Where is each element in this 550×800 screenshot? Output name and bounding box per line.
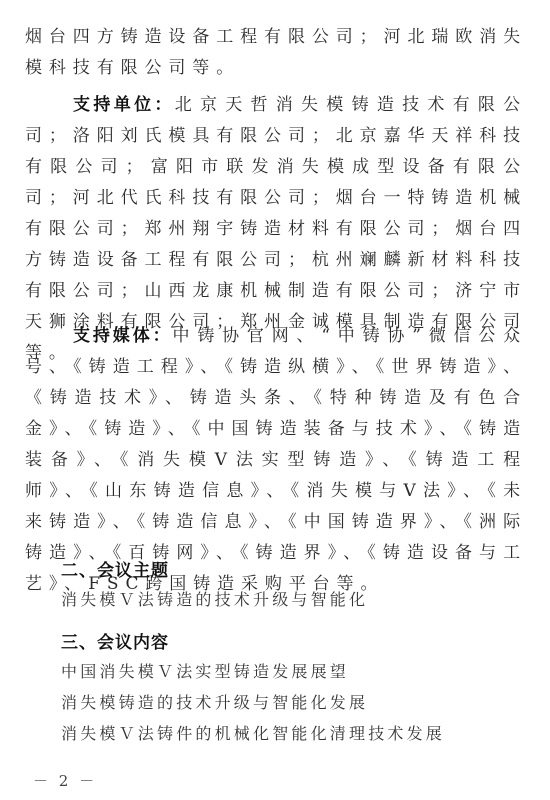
support-units-label: 支持单位： bbox=[73, 95, 175, 115]
support-media-text: 中铸协官网、“中铸协”微信公众号、《铸造工程》、《铸造纵横》、《世界铸造》、《铸… bbox=[25, 326, 527, 594]
section-heading-theme: 二、会议主题 bbox=[25, 556, 550, 586]
page-number: － 2 － bbox=[33, 770, 97, 791]
content-list-item: 中国消失模Ｖ法实型铸造发展展望 bbox=[25, 656, 527, 687]
organizers-continuation: 烟台四方铸造设备工程有限公司；河北瑞欧消失模科技有限公司等。 bbox=[25, 22, 527, 84]
section-heading-content: 三、会议内容 bbox=[25, 628, 550, 658]
content-list-item: 消失模Ｖ法铸件的机械化智能化清理技术发展 bbox=[25, 718, 527, 749]
content-list: 中国消失模Ｖ法实型铸造发展展望 消失模铸造的技术升级与智能化发展 消失模Ｖ法铸件… bbox=[25, 656, 527, 749]
content-list-item: 消失模铸造的技术升级与智能化发展 bbox=[25, 687, 527, 718]
support-media-label: 支持媒体： bbox=[73, 326, 173, 346]
section-theme-text: 消失模Ｖ法铸造的技术升级与智能化 bbox=[25, 584, 550, 615]
